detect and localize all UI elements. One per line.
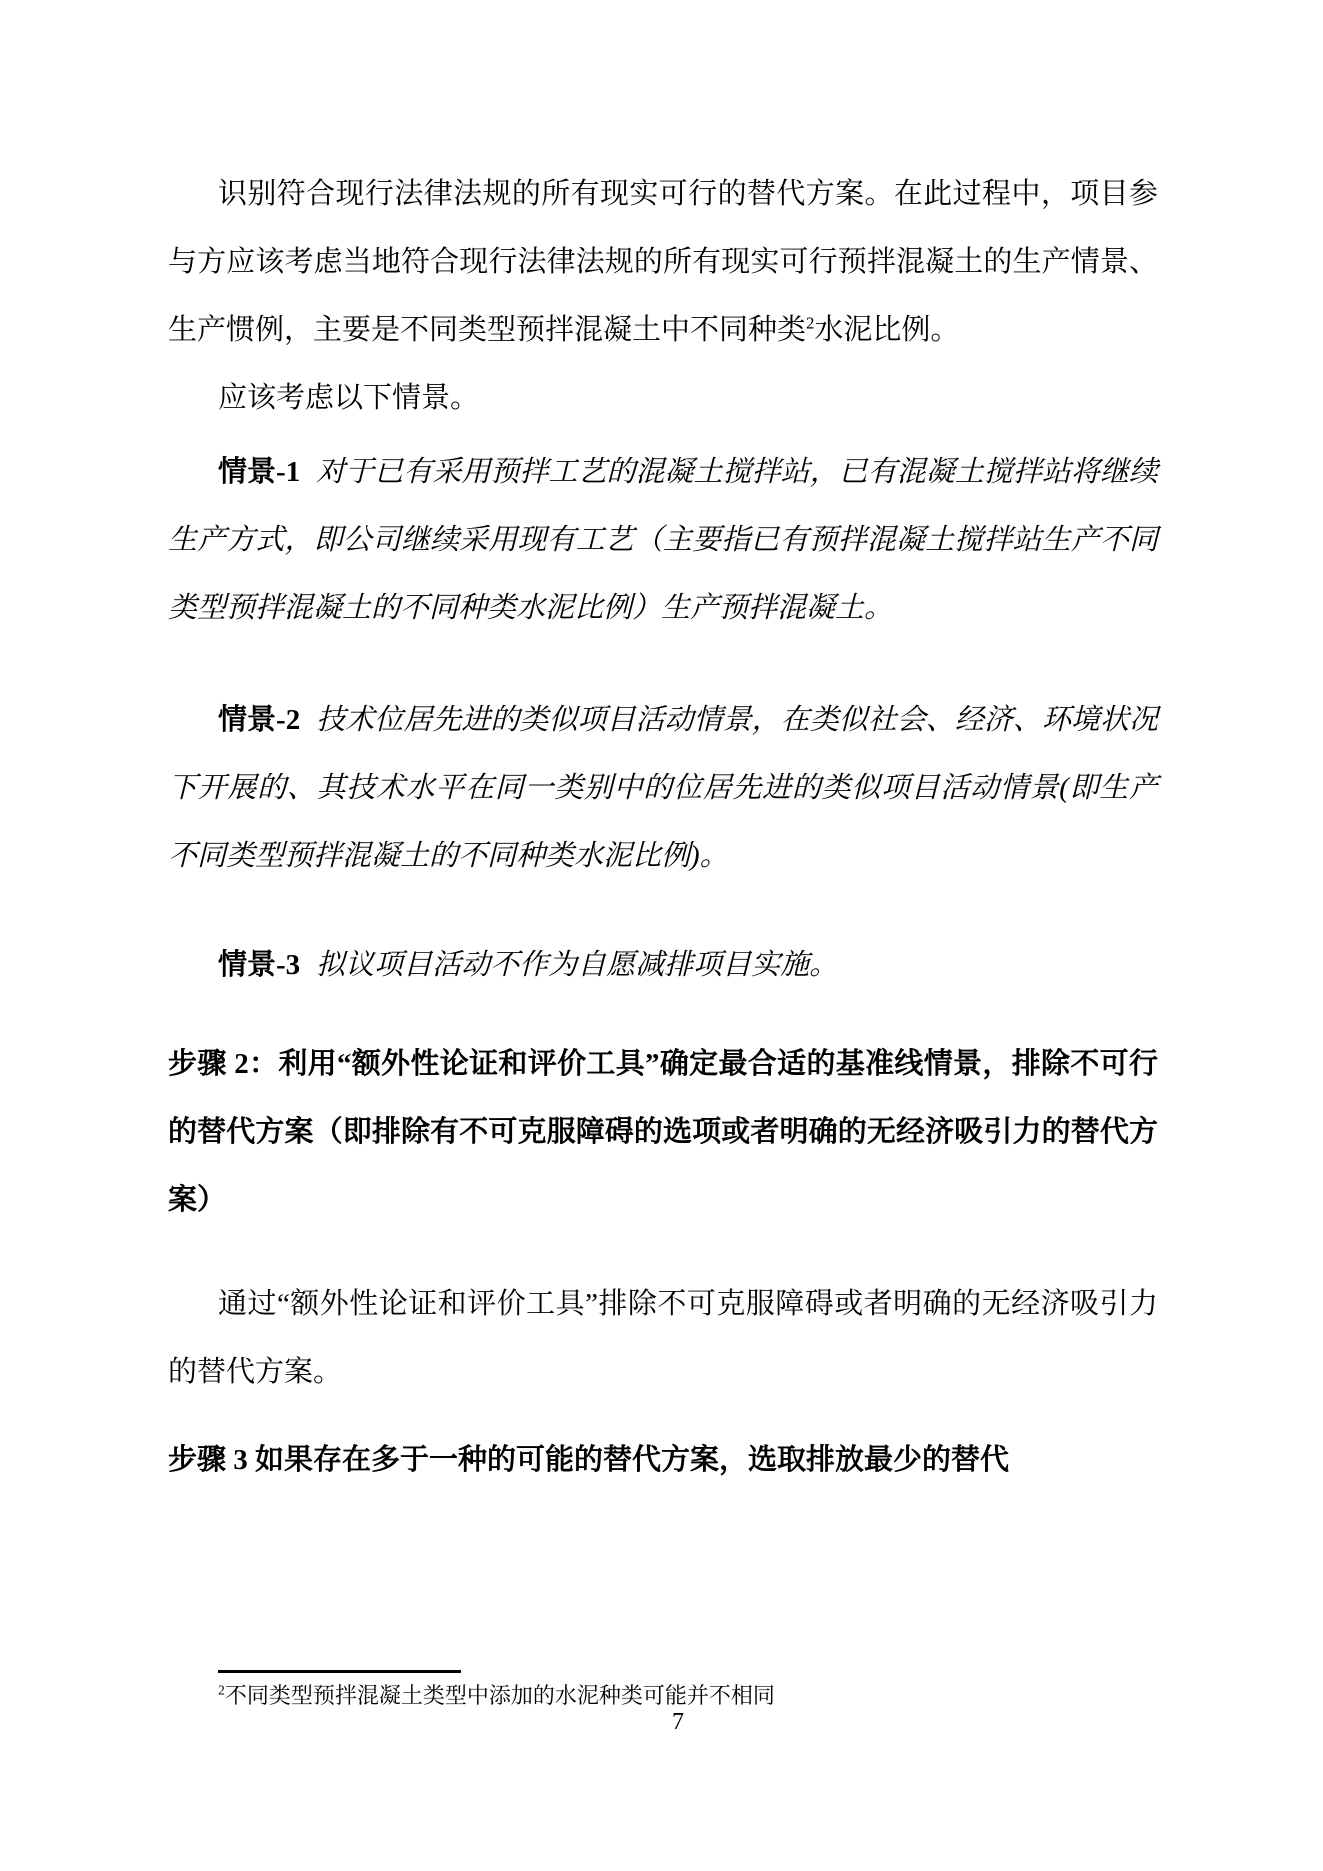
footnote-separator-rule: [218, 1670, 461, 1673]
scenario-3-label: 情景-3: [218, 949, 300, 981]
scenario-3: 情景-3拟议项目活动不作为自愿减排项目实施。: [168, 931, 1158, 999]
footnote-2-text: 不同类型预拌混凝土类型中添加的水泥种类可能并不相同: [225, 1683, 775, 1708]
page-number: 7: [672, 1706, 684, 1738]
paragraph-text-continuation: 水泥比例。: [814, 314, 959, 346]
paragraph-consider-scenarios: 应该考虑以下情景。: [168, 364, 1158, 432]
scenario-2: 情景-2技术位居先进的类似项目活动情景，在类似社会、经济、环境状况下开展的、其技…: [168, 686, 1158, 890]
step-3-heading: 步骤 3 如果存在多于一种的可能的替代方案，选取排放最少的替代: [168, 1426, 1158, 1494]
scenario-2-label: 情景-2: [218, 704, 300, 736]
footnote-2: 2不同类型预拌混凝土类型中添加的水泥种类可能并不相同: [218, 1681, 1158, 1711]
page-content: 识别符合现行法律法规的所有现实可行的替代方案。在此过程中，项目参与方应该考虑当地…: [168, 160, 1158, 1494]
document-page: 识别符合现行法律法规的所有现实可行的替代方案。在此过程中，项目参与方应该考虑当地…: [0, 0, 1323, 1871]
paragraph-text: 识别符合现行法律法规的所有现实可行的替代方案。在此过程中，项目参与方应该考虑当地…: [168, 178, 1158, 346]
scenario-1-label: 情景-1: [218, 456, 300, 488]
scenario-1-text: 对于已有采用预拌工艺的混凝土搅拌站，已有混凝土搅拌站将继续生产方式，即公司继续采…: [168, 456, 1158, 624]
scenario-2-text: 技术位居先进的类似项目活动情景，在类似社会、经济、环境状况下开展的、其技术水平在…: [168, 704, 1158, 872]
paragraph-identify-alternatives: 识别符合现行法律法规的所有现实可行的替代方案。在此过程中，项目参与方应该考虑当地…: [168, 160, 1158, 364]
step-2-heading: 步骤 2：利用“额外性论证和评价工具”确定最合适的基准线情景，排除不可行的替代方…: [168, 1030, 1158, 1234]
footnote-2-marker: 2: [218, 1683, 225, 1698]
scenario-1: 情景-1对于已有采用预拌工艺的混凝土搅拌站，已有混凝土搅拌站将继续生产方式，即公…: [168, 438, 1158, 642]
scenario-3-text: 拟议项目活动不作为自愿减排项目实施。: [316, 949, 838, 981]
paragraph-exclude-alternatives: 通过“额外性论证和评价工具”排除不可克服障碍或者明确的无经济吸引力的替代方案。: [168, 1270, 1158, 1406]
